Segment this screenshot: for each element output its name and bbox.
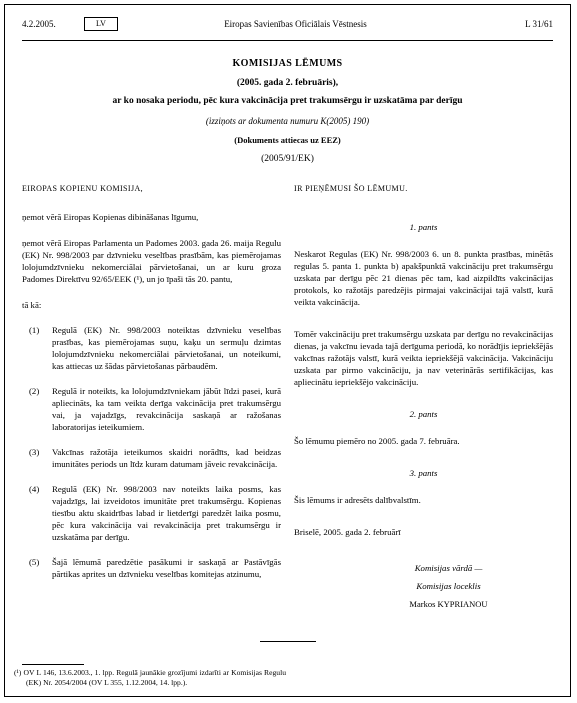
left-column: EIROPAS KOPIENU KOMISIJA, ņemot vērā Eir…	[22, 183, 281, 610]
article-3-heading: 3. pants	[294, 467, 553, 479]
page-header: 4.2.2005. LV Eiropas Savienības Oficiāla…	[22, 5, 553, 41]
recital-number: (1)	[22, 324, 52, 372]
recital-3: (3) Vakcīnas ražotāja ieteikumos skaidri…	[22, 446, 281, 470]
enacting-formula: IR PIEŅĒMUSI ŠO LĒMUMU.	[294, 183, 553, 195]
article-1-heading: 1. pants	[294, 221, 553, 233]
document-subject-title: ar ko nosaka periodu, pēc kura vakcināci…	[5, 96, 570, 106]
two-column-body: EIROPAS KOPIENU KOMISIJA, ņemot vērā Eir…	[22, 183, 553, 610]
recital-1: (1) Regulā (EK) Nr. 998/2003 noteiktas d…	[22, 324, 281, 372]
recital-number: (2)	[22, 385, 52, 433]
page-reference: L 31/61	[473, 19, 553, 29]
recital-number: (4)	[22, 483, 52, 543]
recital-number: (3)	[22, 446, 52, 470]
article-1-paragraph-1: Neskarot Regulas (EK) Nr. 998/2003 6. un…	[294, 248, 553, 308]
right-column: IR PIEŅĒMUSI ŠO LĒMUMU. 1. pants Neskaro…	[294, 183, 553, 610]
article-2-heading: 2. pants	[294, 408, 553, 420]
document-type-title: KOMISIJAS LĒMUMS	[5, 58, 570, 69]
recital-4: (4) Regulā (EK) Nr. 998/2003 nav noteikt…	[22, 483, 281, 543]
document-page: 4.2.2005. LV Eiropas Savienības Oficiāla…	[4, 4, 571, 697]
recital-text: Regulā (EK) Nr. 998/2003 nav noteikts la…	[52, 483, 281, 543]
notification-number-line: (izziņots ar dokumenta numuru K(2005) 19…	[5, 116, 570, 126]
institution-line: EIROPAS KOPIENU KOMISIJA,	[22, 183, 281, 195]
signature-block: Komisijas vārdā — Komisijas loceklis Mar…	[346, 562, 551, 610]
signature-name: Markos KYPRIANOU	[346, 598, 551, 610]
recital-text: Regulā ir noteikts, ka lolojumdzīvniekam…	[52, 385, 281, 433]
article-3-paragraph-1: Šis lēmums ir adresēts dalībvalstīm.	[294, 494, 553, 506]
journal-title: Eiropas Savienības Oficiālais Vēstnesis	[118, 19, 473, 29]
end-of-document-rule	[260, 641, 316, 642]
footnote-text: (¹) OV L 146, 13.6.2003., 1. lpp. Regulā…	[14, 668, 286, 689]
document-number: (2005/91/EK)	[5, 154, 570, 164]
document-date-line: (2005. gada 2. februāris),	[5, 78, 570, 88]
whereas-intro: tā kā:	[22, 299, 281, 311]
header-date: 4.2.2005.	[22, 19, 84, 29]
citation-paragraph: ņemot vērā Eiropas Kopienas dibināšanas …	[22, 211, 281, 223]
footnote-separator-rule	[22, 664, 84, 665]
place-and-date-line: Briselē, 2005. gada 2. februārī	[294, 526, 553, 538]
recital-text: Vakcīnas ražotāja ieteikumos skaidri nor…	[52, 446, 281, 470]
footnote-area: (¹) OV L 146, 13.6.2003., 1. lpp. Regulā…	[14, 664, 286, 689]
article-2-paragraph-1: Šo lēmumu piemēro no 2005. gada 7. febru…	[294, 435, 553, 447]
citation-paragraph: ņemot vērā Eiropas Parlamenta un Padomes…	[22, 237, 281, 285]
recital-5: (5) Šajā lēmumā paredzētie pasākumi ir s…	[22, 556, 281, 580]
eea-relevance-line: (Dokuments attiecas uz EEZ)	[5, 135, 570, 145]
language-badge: LV	[84, 17, 118, 31]
recital-text: Šajā lēmumā paredzētie pasākumi ir saska…	[52, 556, 281, 580]
recital-number: (5)	[22, 556, 52, 580]
title-block: KOMISIJAS LĒMUMS (2005. gada 2. februāri…	[5, 58, 570, 164]
article-1-paragraph-2: Tomēr vakcināciju pret trakumsērgu uzska…	[294, 328, 553, 388]
signature-on-behalf: Komisijas vārdā —	[346, 562, 551, 574]
recital-text: Regulā (EK) Nr. 998/2003 noteiktas dzīvn…	[52, 324, 281, 372]
recital-2: (2) Regulā ir noteikts, ka lolojumdzīvni…	[22, 385, 281, 433]
signature-role: Komisijas loceklis	[346, 580, 551, 592]
